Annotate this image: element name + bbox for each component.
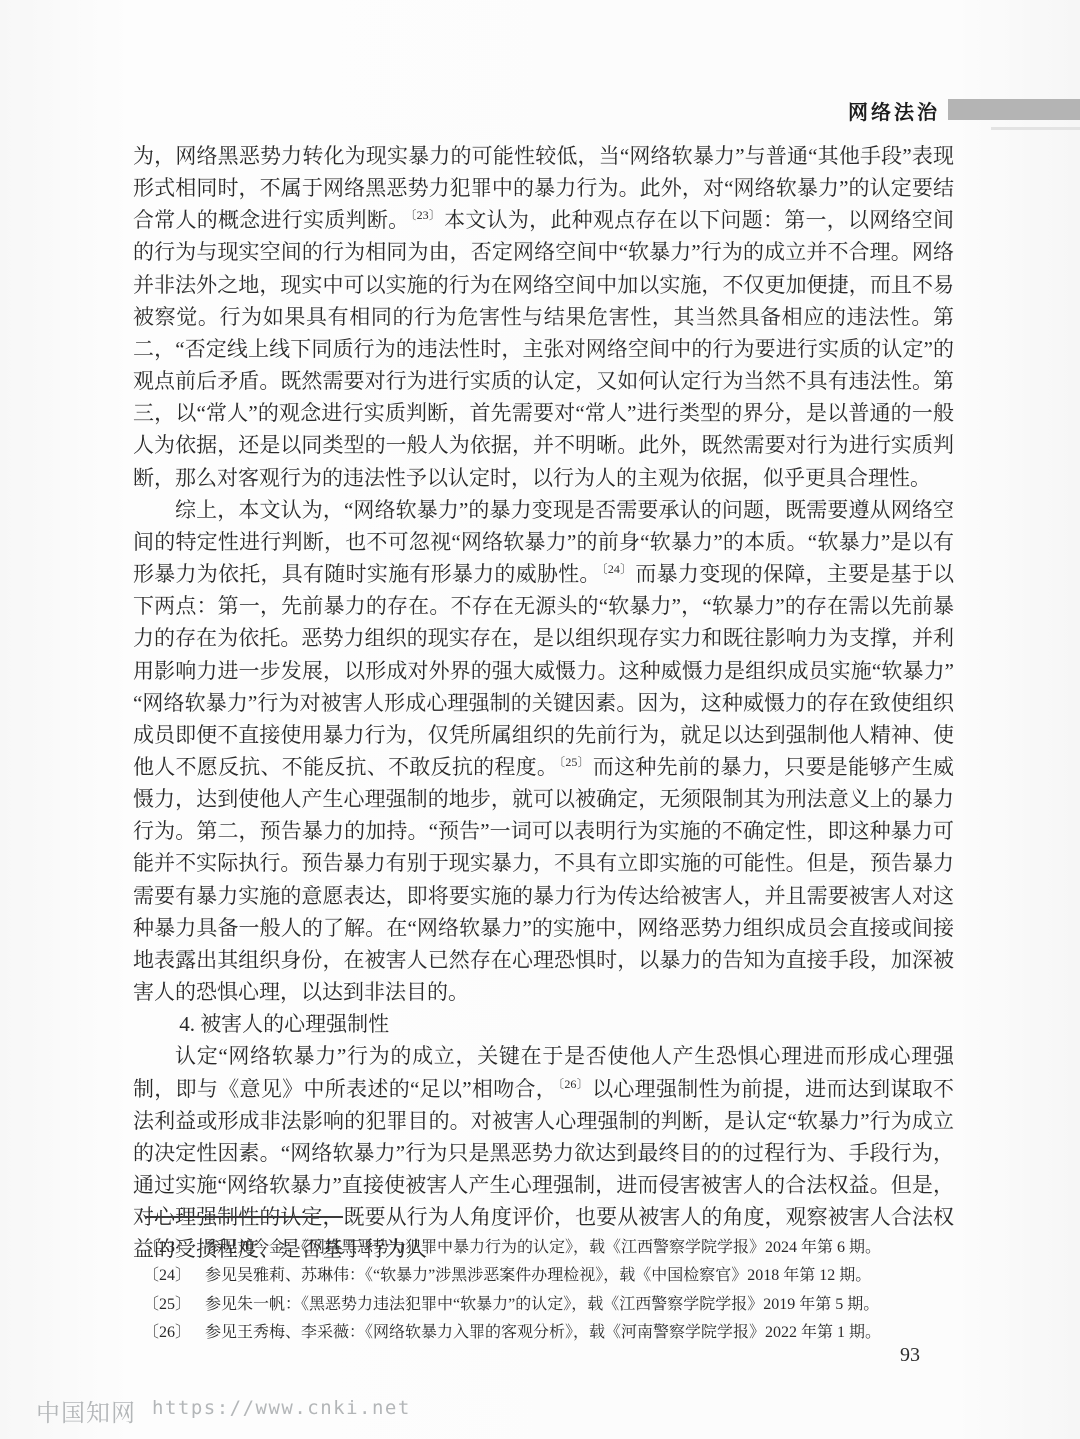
footnote-separator [145, 1216, 343, 1218]
footnote-marker: 〔26〕 [143, 1319, 191, 1347]
footnote-text: 参见王秀梅、李采薇：《网络软暴力入罪的客观分析》，载《河南警察学院学报》2022… [205, 1324, 881, 1341]
section-heading: 4. 被害人的心理强制性 [133, 1008, 954, 1040]
document-page: 网络法治 为，网络黑恶势力转化为现实暴力的可能性较低，当“网络软暴力”与普通“其… [0, 0, 1080, 1439]
body-paragraph: 为，网络黑恶势力转化为现实暴力的可能性较低，当“网络软暴力”与普通“其他手段”表… [133, 140, 954, 494]
footnote-list: 〔23〕参见刘今金：《网络黑恶势力犯罪中暴力行为的认定》，载《江西警察学院学报》… [143, 1234, 953, 1347]
footnote-ref: 〔26〕 [558, 1077, 589, 1091]
footnote-text: 参见朱一帆：《黑恶势力违法犯罪中“软暴力”的认定》，载《江西警察学院学报》201… [205, 1296, 879, 1313]
body-paragraph: 认定“网络软暴力”行为的成立，关键在于是否使他人产生恐惧心理进而形成心理强制，即… [133, 1040, 954, 1265]
footnote-text: 参见吴雅莉、苏琳伟：《“软暴力”涉黑涉恶案件办理检视》，载《中国检察官》2018… [205, 1267, 871, 1284]
section-header-label: 网络法治 [0, 96, 940, 125]
footnote-marker: 〔25〕 [143, 1291, 191, 1319]
footnote-ref: 〔24〕 [602, 562, 633, 576]
footnote-item: 〔24〕参见吴雅莉、苏琳伟：《“软暴力”涉黑涉恶案件办理检视》，载《中国检察官》… [143, 1262, 953, 1290]
footnote-ref: 〔23〕 [410, 208, 441, 222]
footnote-item: 〔23〕参见刘今金：《网络黑恶势力犯罪中暴力行为的认定》，载《江西警察学院学报》… [143, 1234, 953, 1262]
footnote-text: 参见刘今金：《网络黑恶势力犯罪中暴力行为的认定》，载《江西警察学院学报》2024… [205, 1239, 881, 1256]
article-body: 为，网络黑恶势力转化为现实暴力的可能性较低，当“网络软暴力”与普通“其他手段”表… [133, 140, 954, 1265]
header-bar-shadow [991, 127, 1080, 130]
footnote-item: 〔26〕参见王秀梅、李采薇：《网络软暴力入罪的客观分析》，载《河南警察学院学报》… [143, 1319, 953, 1347]
footnote-marker: 〔23〕 [143, 1234, 191, 1262]
body-paragraph: 综上，本文认为，“网络软暴力”的暴力变现是否需要承认的问题，既需要遵从网络空间的… [133, 494, 954, 1009]
cnki-watermark-url: https://www.cnki.net [152, 1397, 411, 1419]
footnote-item: 〔25〕参见朱一帆：《黑恶势力违法犯罪中“软暴力”的认定》，载《江西警察学院学报… [143, 1291, 953, 1319]
footnote-ref: 〔25〕 [559, 755, 590, 769]
cnki-watermark-brand: 中国知网 [36, 1393, 136, 1428]
page-number: 93 [870, 1344, 950, 1367]
footnote-marker: 〔24〕 [143, 1262, 191, 1290]
header-bar [948, 99, 1080, 120]
